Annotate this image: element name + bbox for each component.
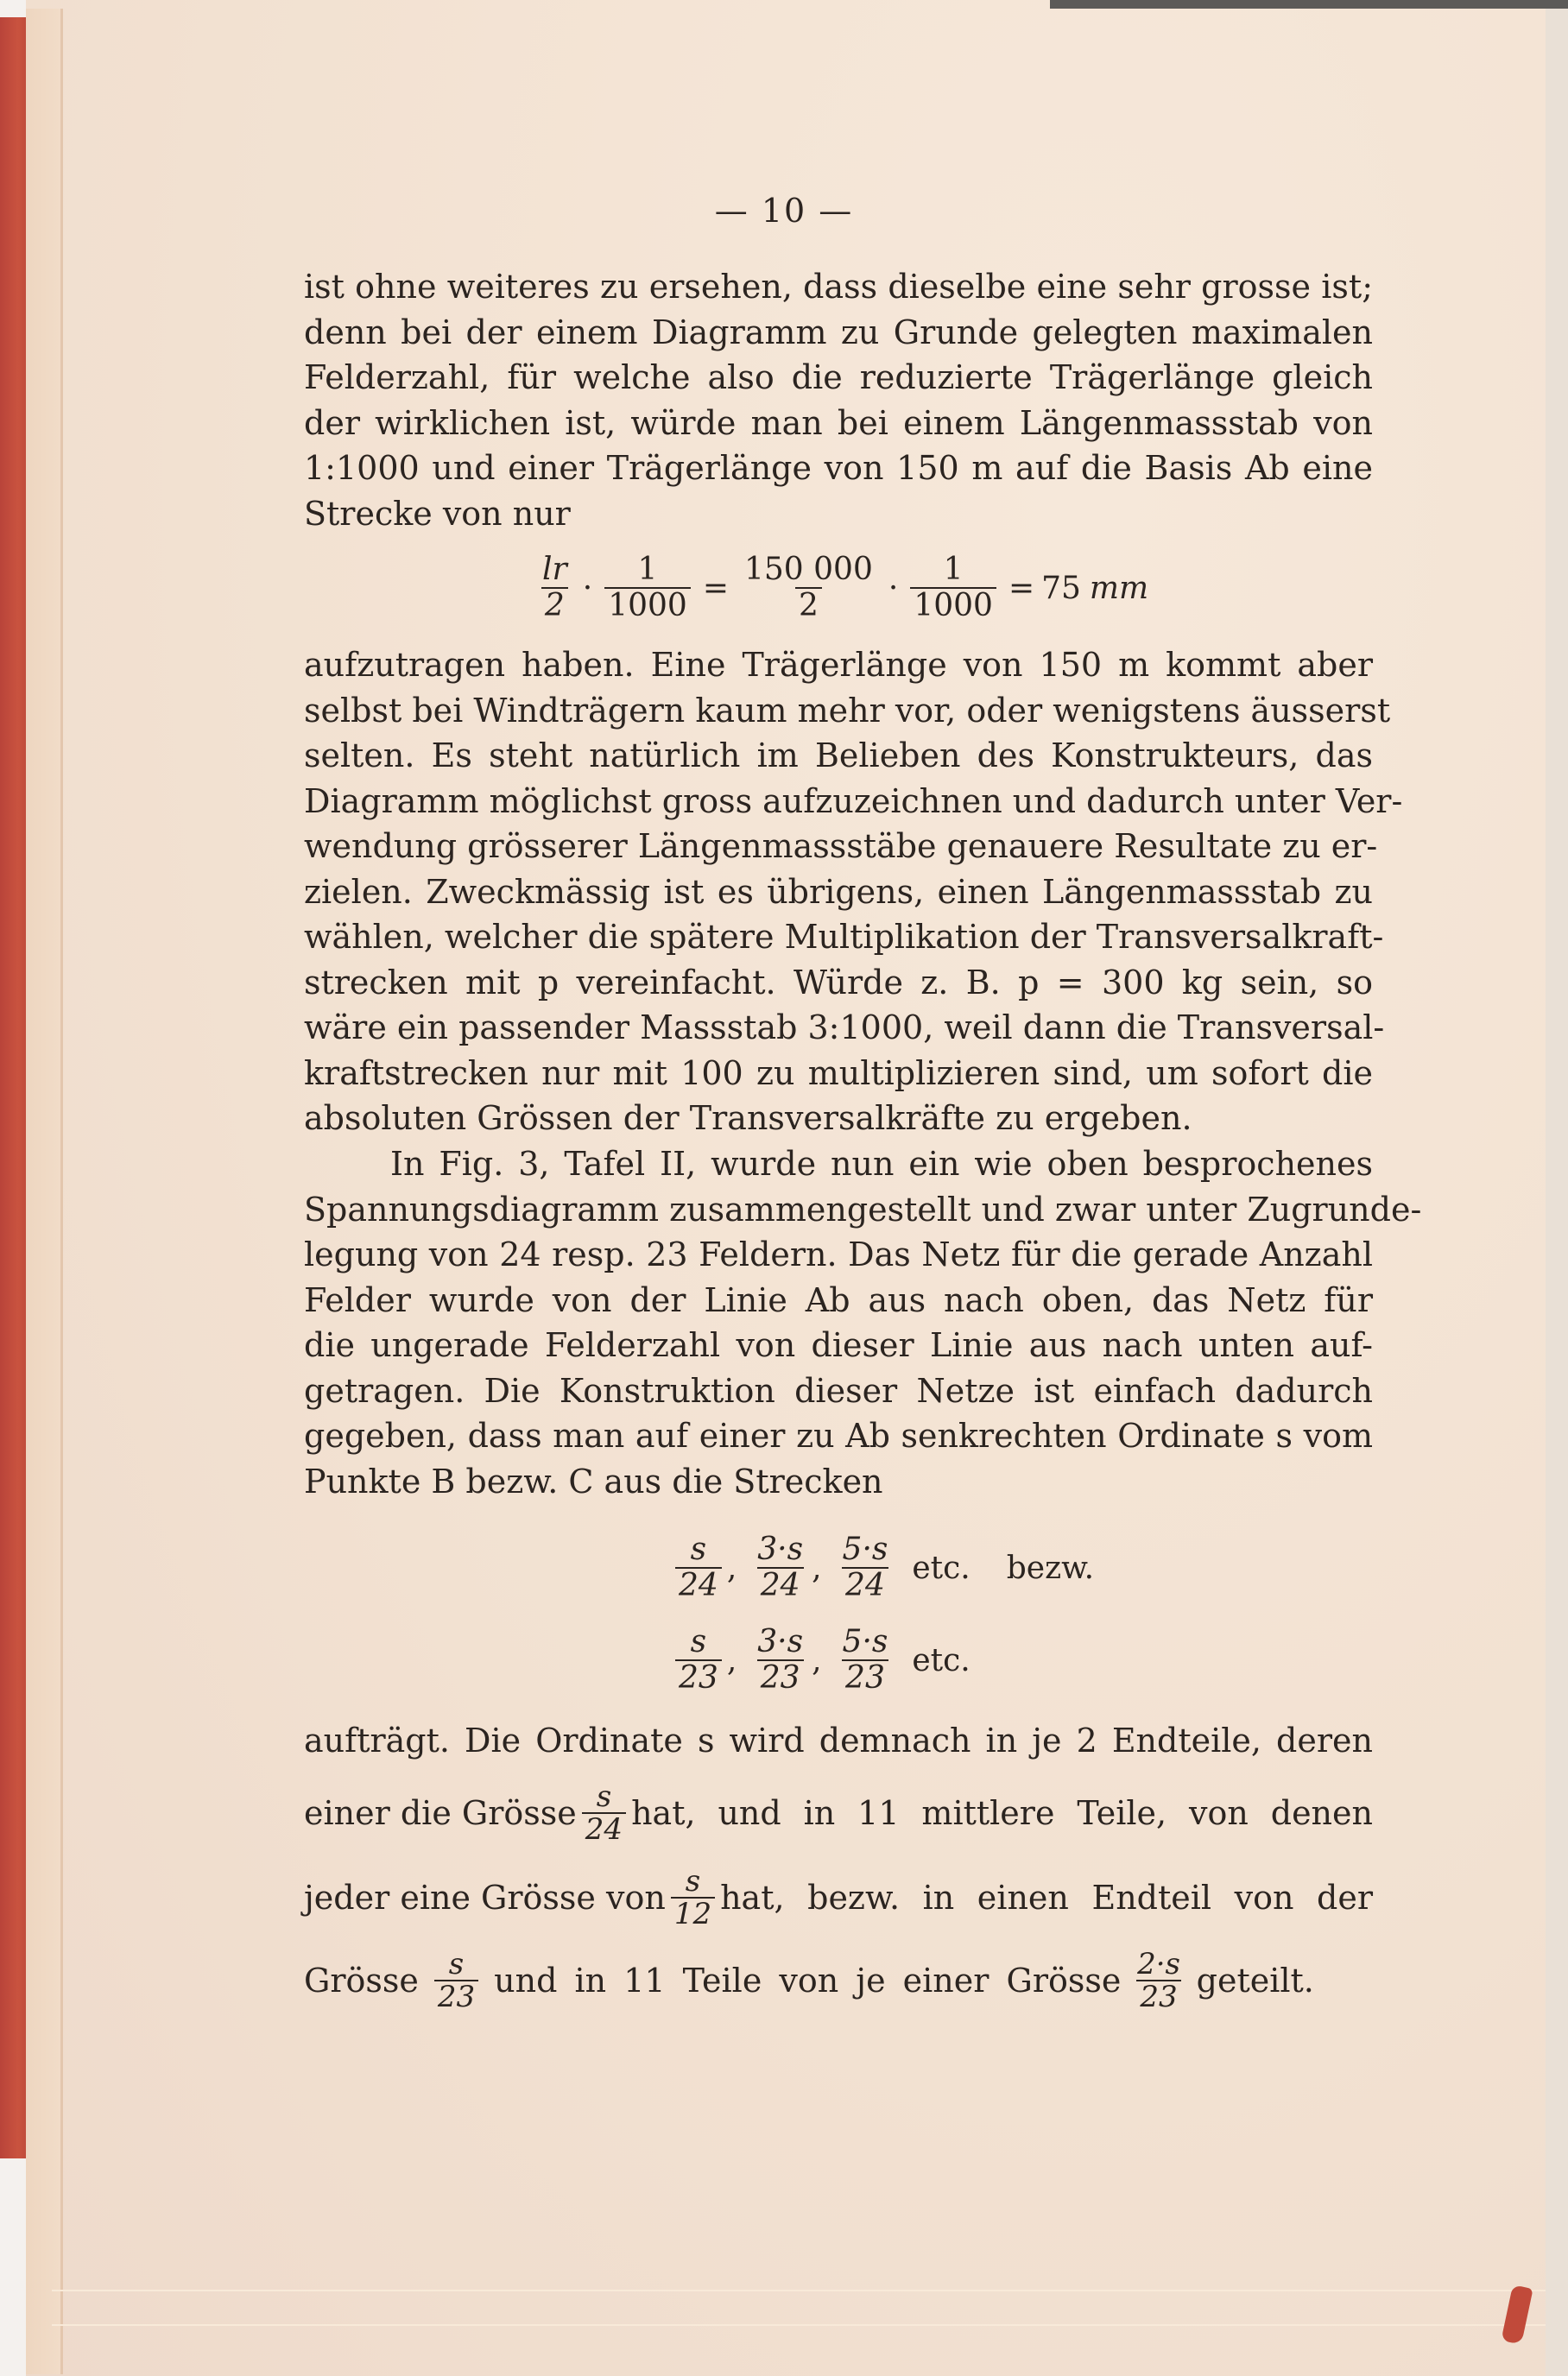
text-segment: jeder eine Grösse von [304,1879,666,1917]
text-line: wählen, welcher die spätere Multiplikati… [304,914,1373,960]
denominator: 24 [757,1567,804,1603]
denominator: 23 [842,1659,888,1696]
numerator: 5·s [839,1532,892,1567]
text-line: absoluten Grössen der Transversalkräfte … [304,1096,1373,1141]
paragraph-4-line-3: jeder eine Grösse von s 12 hat, bezw. in… [304,1863,1373,1932]
text-segment: geteilt. [1197,1962,1314,2000]
operator: · [583,571,592,606]
text-line: aufträgt. Die Ordinate s wird demnach in… [304,1718,1373,1764]
numerator: lr [539,553,571,587]
paragraph-4-line-2: einer die Grösse s 24 hat, und in 11 mit… [304,1779,1373,1848]
fraction: s 24 [582,1781,626,1845]
denominator: 24 [842,1567,888,1603]
fraction: 1 1000 [910,553,996,623]
text-line: kraftstrecken nur mit 100 zu multiplizie… [304,1051,1373,1096]
text-line: legung von 24 resp. 23 Feldern. Das Netz… [304,1232,1373,1278]
paragraph-2: aufzutragen haben. Eine Trägerlänge von … [304,642,1373,1141]
etc-label: etc. [912,1643,970,1678]
text-line: 1:1000 und einer Trägerlänge von 150 m a… [304,445,1373,491]
denominator: 23 [1136,1980,1180,2013]
fraction: 1 1000 [604,553,691,623]
text-line: Felderzahl, für welche also die reduzier… [304,355,1373,401]
text-line: aufzutragen haben. Eine Trägerlänge von … [304,642,1373,688]
text-line: Spannungsdiagramm zusammengestellt und z… [304,1187,1373,1233]
fraction: s 12 [671,1866,715,1930]
text-line: der wirklichen ist, würde man bei einem … [304,401,1373,446]
numerator: 1 [940,553,967,587]
fraction: s 24 [675,1532,722,1603]
numerator: s [597,1781,611,1812]
formula-scale-length: lr 2 · 1 1000 = 150 000 2 · 1 1000 = 75 … [534,553,1148,623]
operator: = [1008,571,1034,606]
page-gutter-fold [26,9,63,2374]
numerator: 150 000 [741,553,876,587]
numerator: 3·s [754,1625,806,1659]
operator: · [888,571,898,606]
formula-segments-24: s 24 , 3·s 24 , 5·s 24 etc. bezw. [670,1532,1094,1603]
text-line: denn bei der einem Diagramm zu Grunde ge… [304,310,1373,356]
numerator: s [686,1866,700,1897]
text-segment: Grösse [304,1962,419,2000]
text-line: wäre ein passender Massstab 3:1000, weil… [304,1005,1373,1051]
denominator: 2 [795,587,822,623]
text-line: Diagramm möglichst gross aufzuzeichnen u… [304,779,1373,825]
unit: mm [1090,571,1148,606]
denominator: 1000 [910,587,996,623]
text-line: zielen. Zweckmässig ist es übrigens, ein… [304,869,1373,915]
numerator: s [687,1532,710,1567]
formula-result: 75 [1041,571,1081,606]
paragraph-4-line-1: aufträgt. Die Ordinate s wird demnach in… [304,1718,1373,1764]
fraction: 5·s 24 [839,1532,892,1603]
text-line: selbst bei Windträgern kaum mehr vor, od… [304,688,1373,734]
denominator: 24 [582,1812,626,1845]
denominator: 24 [675,1567,722,1603]
text-line: getragen. Die Konstruktion dieser Netze … [304,1368,1373,1414]
bottom-fold-line [52,2290,1546,2291]
fraction: s 23 [675,1625,722,1696]
etc-label: etc. [912,1551,970,1586]
fraction: 3·s 23 [754,1625,806,1696]
numerator: 1 [635,553,661,587]
text-segment: hat, und in 11 mittlere Teile, von denen [631,1794,1373,1832]
page-number: — 10 — [0,192,1568,230]
paragraph-3: In Fig. 3, Tafel II, wurde nun ein wie o… [304,1141,1373,1504]
paragraph-4-line-4: Grösse s 23 und in 11 Teile von je einer… [304,1946,1373,2015]
denominator: 2 [541,587,568,623]
numerator: 5·s [839,1625,892,1659]
fraction: 5·s 23 [839,1625,892,1696]
numerator: s [687,1625,710,1659]
paragraph-1: ist ohne weiteres zu ersehen, dass diese… [304,264,1373,536]
denominator: 23 [434,1980,478,2013]
text-line: strecken mit p vereinfacht. Würde z. B. … [304,960,1373,1006]
operator: = [703,571,729,606]
text-line: die ungerade Felderzahl von dieser Linie… [304,1323,1373,1368]
text-line: ist ohne weiteres zu ersehen, dass diese… [304,264,1373,310]
page-right-edge [1546,9,1568,2376]
text-line: selten. Es steht natürlich im Belieben d… [304,733,1373,779]
fraction: s 23 [434,1949,478,2013]
bezw-label: bezw. [1007,1551,1094,1586]
text-segment: einer die Grösse [304,1794,577,1832]
text-line: gegeben, dass man auf einer zu Ab senkre… [304,1413,1373,1459]
formula-segments-23: s 23 , 3·s 23 , 5·s 23 etc. [670,1625,971,1696]
denominator: 12 [671,1897,715,1930]
text-line: Felder wurde von der Linie Ab aus nach o… [304,1278,1373,1324]
denominator: 23 [757,1659,804,1696]
text-line: In Fig. 3, Tafel II, wurde nun ein wie o… [304,1141,1373,1187]
text-segment: und in 11 Teile von je einer Grösse [494,1962,1121,2000]
fraction: 150 000 2 [741,553,876,623]
bottom-fold-line [52,2324,1546,2326]
fraction: lr 2 [539,553,571,623]
text-line: Strecke von nur [304,491,1373,537]
denominator: 23 [675,1659,722,1696]
text-segment: hat, bezw. in einen Endteil von der [720,1879,1373,1917]
numerator: 2·s [1137,1949,1180,1980]
fraction: 3·s 24 [754,1532,806,1603]
denominator: 1000 [604,587,691,623]
scan-top-edge [1050,0,1568,9]
numerator: 3·s [754,1532,806,1567]
fraction: 2·s 23 [1136,1949,1180,2013]
numerator: s [449,1949,464,1980]
text-line: Punkte B bezw. C aus die Strecken [304,1459,1373,1505]
text-line: wendung grösserer Längenmassstäbe genaue… [304,824,1373,869]
